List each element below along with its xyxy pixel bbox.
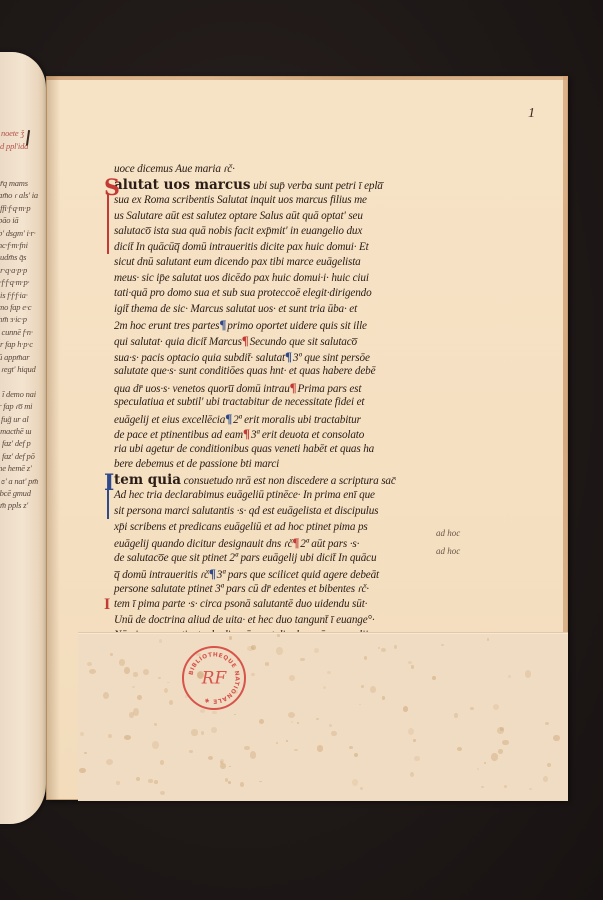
left-page-line: mc·f·m·fni (0, 240, 28, 250)
foxing-stain (329, 724, 333, 727)
foxing-stain (229, 766, 231, 768)
foxing-stain (493, 704, 500, 710)
line-text: sicut dnū salutant eum dicendo pax tibi … (114, 256, 361, 268)
line-text-after-mark: Prima pars est (298, 383, 362, 395)
foxing-stain (244, 746, 250, 751)
parchment-repair-patch (78, 632, 568, 801)
left-page-line: s noete ǯ (0, 128, 24, 138)
foxing-stain (411, 665, 414, 669)
manuscript-line: qua dr̄ uos·s· venetos quoru̅ domū intra… (114, 380, 464, 396)
foxing-stain (491, 753, 498, 762)
foxing-stain (352, 779, 358, 786)
foxing-stain (79, 768, 85, 773)
manuscript-line: Item quia consuetudo nrā est non discede… (114, 473, 464, 489)
line-text: Unū de doctrina aliud de uita· et hec du… (114, 614, 375, 626)
manuscript-line: Item ī pima parte ·s· circa psonā saluta… (114, 597, 464, 613)
foxing-stain (432, 676, 436, 680)
left-page-line: tr fap ɾo̅ mi (0, 401, 32, 411)
decorated-initial: I (104, 472, 114, 494)
foxing-stain (288, 712, 295, 718)
manuscript-line: us Salutare aūt est salutez optare Salus… (114, 209, 464, 225)
foxing-stain (317, 745, 323, 751)
foxing-stain (110, 653, 113, 656)
foxing-stain (201, 731, 204, 735)
foxing-stain (89, 669, 96, 674)
foxing-stain (80, 732, 84, 736)
paragraph-mark-icon: ¶ (243, 426, 250, 442)
line-text: 2m hoc erunt tres partes (114, 320, 219, 332)
line-text: euāgelij quando dicitur designauit dns ɾ… (114, 538, 292, 550)
folio-top-edge (46, 76, 568, 80)
foxing-stain (294, 749, 297, 751)
line-text: q̅ domū intraueritis ɾč (114, 569, 209, 581)
foxing-stain (276, 647, 283, 655)
left-page-line: imo fap e·c (0, 302, 31, 312)
line-text: sua·s· pacis optacio quia subdit̄· salut… (114, 352, 285, 364)
line-text: persone salutate ptinet 3ª pars cū dr̄ e… (114, 583, 369, 595)
foxing-stain (276, 742, 278, 744)
line-text: tati·quā pro domo sua et sub sua protecc… (114, 287, 372, 299)
foxing-stain (240, 782, 244, 787)
foxing-stain (211, 727, 217, 734)
foxing-stain (108, 734, 112, 738)
foxing-stain (124, 667, 129, 674)
foxing-stain (408, 661, 412, 664)
foxing-stain (169, 700, 173, 705)
left-page-line: n faz' def p (0, 438, 31, 448)
initial-flourish (107, 194, 109, 254)
foxing-stain (164, 688, 168, 693)
foxing-stain (525, 670, 532, 678)
foxing-stain (133, 708, 139, 716)
manuscript-line: sit persona marci salutantis ·s· qd est … (114, 504, 464, 520)
manuscript-line: tati·quā pro domo sua et sub sua protecc… (114, 286, 464, 302)
manuscript-line: meus· sic ip̄e salutat uos dicēdo pax hu… (114, 271, 464, 287)
foxing-stain (487, 638, 490, 641)
line-text-after-mark: Secundo que sit salutaco̅ (250, 336, 357, 348)
foxing-stain (413, 739, 416, 742)
foxing-stain (250, 751, 256, 758)
foxing-stain (529, 788, 532, 790)
manuscript-line: bere debemus et de passione bti marci (114, 457, 464, 473)
foxing-stain (381, 648, 386, 652)
foxing-stain (382, 696, 385, 700)
left-page-line: tam̄o ɾ als' ia (0, 190, 38, 200)
foxing-stain (132, 686, 135, 688)
line-text: us Salutare aūt est salutez optare Salus… (114, 210, 363, 222)
manuscript-line: 2m hoc erunt tres partes ¶primo oportet … (114, 317, 464, 333)
left-page-line: pis f·f·f·ia· (0, 290, 28, 300)
svg-text:RF: RF (201, 668, 228, 688)
initial-flourish (107, 489, 109, 519)
foxing-stain (277, 634, 280, 637)
left-page-line: r fug̃ ur al (0, 414, 29, 424)
line-text-after-mark: 2ª aūt pars ·s· (300, 538, 359, 550)
line-text: bere debemus et de passione bti marci (114, 458, 279, 470)
line-text: de salutaco̅e que sit ptinet 2ª pars euā… (114, 552, 376, 564)
manuscript-line: sua·s· pacis optacio quia subdit̄· salut… (114, 349, 464, 365)
line-text-after-mark: 3ª erit deuota et consolato (251, 429, 364, 441)
left-page-line: am̄ ppls z' (0, 500, 28, 510)
foxing-stain (259, 781, 261, 783)
left-page-line: f·r·q·a·p·p (0, 265, 27, 275)
paragraph-mark-icon: ¶ (209, 566, 216, 582)
left-page-line: r ɾegt' hiqud (0, 364, 36, 374)
foxing-stain (119, 659, 125, 666)
foxing-stain (87, 662, 92, 666)
line-text: xp̄i scribens et predicans euāgeliū et a… (114, 521, 368, 533)
manuscript-line: xp̄i scribens et predicans euāgeliū et a… (114, 520, 464, 536)
foxing-stain (497, 727, 504, 734)
manuscript-line: de salutaco̅e que sit ptinet 2ª pars euā… (114, 551, 464, 567)
foxing-stain (228, 781, 232, 784)
left-page-line: audm̄s q̄s (0, 252, 26, 262)
line-text: consuetudo nrā est non discedere a scrip… (181, 475, 396, 487)
manuscript-line: q̅ domū intraueritis ɾč ¶3ª pars que sci… (114, 566, 464, 582)
foxing-stain (314, 648, 319, 653)
foxing-stain (410, 772, 414, 777)
foxing-stain (349, 746, 353, 749)
line-text: euāgelij et eius excellēcia (114, 414, 225, 426)
incipit-words: alutat uos marcus (114, 177, 251, 193)
foxing-stain (378, 647, 381, 649)
foxing-stain (158, 677, 161, 679)
foxing-stain (370, 686, 376, 693)
foxing-stain (136, 777, 141, 781)
foxing-stain (414, 756, 420, 762)
line-text: sit persona marci salutantis ·s· qd est … (114, 505, 378, 517)
paragraph-mark-icon: ¶ (242, 333, 249, 349)
foxing-stain (297, 722, 299, 725)
line-text: salutaco̅ ista sua quā nobis facit exp̄m… (114, 225, 362, 237)
line-text: qua dr̄ uos·s· venetos quoru̅ domū intra… (114, 383, 290, 395)
foxing-stain (189, 750, 192, 753)
foxing-stain (300, 658, 305, 661)
left-page-line: iū appm̄ar (0, 352, 29, 362)
foxing-stain (360, 787, 363, 790)
marginal-note: ad hoc (436, 528, 460, 538)
foxing-stain (148, 779, 153, 784)
foxing-stain (364, 656, 367, 660)
foxing-stain (106, 759, 113, 765)
manuscript-line: euāgelij quando dicitur designauit dns ɾ… (114, 535, 464, 551)
foxing-stain (553, 735, 560, 742)
foxing-stain (152, 741, 159, 749)
foxing-stain (137, 695, 142, 700)
foxing-stain (470, 707, 474, 711)
paragraph-mark-icon: ¶ (219, 317, 226, 333)
line-text: tem ī pima parte ·s· circa psonā salutan… (114, 598, 367, 610)
left-page-line: ē cunnē f·n· (0, 327, 33, 337)
foxing-stain (84, 752, 86, 754)
foxing-stain (441, 644, 444, 646)
line-text: speculatiua et subtil' ubi tractabitur d… (114, 396, 364, 408)
foxing-stain (408, 728, 414, 735)
foxing-stain (259, 719, 264, 724)
stamp-seal-icon: BIBLIOTHEQUE NATIONALE ✱ RF (184, 648, 244, 708)
left-page-line: fhm̄ ɜ·ic·p (0, 314, 27, 324)
foxing-stain (545, 722, 549, 725)
paragraph-mark-icon: I (104, 597, 110, 613)
line-text: de pace et ptinentibus ad eam (114, 429, 243, 441)
marginal-note: ad hoc (436, 546, 460, 556)
manuscript-line: speculatiua et subtil' ubi tractabitur d… (114, 395, 464, 411)
left-page-line: f ffi·f·q·m·p (0, 203, 30, 213)
manuscript-line: sua ex Roma scribentis Salutat inquit uo… (114, 193, 464, 209)
foxing-stain (359, 704, 361, 706)
foxing-stain (454, 713, 458, 718)
manuscript-line: sicut dnū salutant eum dicendo pax tibi … (114, 255, 464, 271)
left-page-line: i macthē ɯ (0, 426, 31, 436)
manuscript-line: qui salutat· quia dicit̄ Marcus ¶Secundo… (114, 333, 464, 349)
left-page-line: n faz' def pō (0, 451, 35, 461)
library-stamp: BIBLIOTHEQUE NATIONALE ✱ RF (182, 646, 246, 710)
folio-number: 1 (528, 106, 535, 122)
manuscript-line: euāgelij et eius excellēcia ¶2ª erit mor… (114, 411, 464, 427)
line-text-after-mark: primo oportet uidere quis sit ille (227, 320, 367, 332)
foxing-stain (208, 756, 214, 760)
left-page-line: the hemē z' (0, 463, 32, 473)
paragraph-mark-icon: ¶ (285, 349, 292, 365)
foxing-stain (323, 686, 326, 689)
line-text: dicit̄ In quācūq̅ domū intraueritis dici… (114, 241, 369, 253)
foxing-stain (234, 714, 236, 716)
left-facing-page: ᶦs noete ǯad ppl'ida·ur̄q mamstam̄o ɾ al… (0, 52, 46, 824)
left-page-line: r ɞ' a nat' pm̄ (0, 476, 38, 486)
incipit-words: tem quia (114, 472, 181, 488)
gutter-shadow (46, 76, 60, 800)
left-page-line: fpāo iā (0, 215, 18, 225)
foxing-stain (103, 692, 109, 699)
foxing-stain (154, 780, 158, 783)
foxing-stain (457, 747, 462, 751)
manuscript-line: igit̄ thema de sic· Marcus salutat uos· … (114, 302, 464, 318)
foxing-stain (316, 718, 318, 720)
foxing-stain (354, 753, 358, 757)
foxing-stain (167, 682, 169, 684)
foxing-stain (502, 740, 509, 746)
foxing-stain (251, 673, 255, 676)
left-page-line: ad ppl'ida (0, 141, 28, 151)
foxing-stain (124, 735, 131, 740)
manuscript-line: Ad hec tria declarabimus euāgeliū ptinēc… (114, 488, 464, 504)
line-text: uoce dicemus Aue maria ɾč· (114, 163, 235, 175)
foxing-stain (361, 685, 364, 687)
foxing-stain (498, 749, 504, 754)
line-text: ubi sup̄ verba sunt petri ī epla̅ (251, 180, 383, 192)
line-text: salutate que·s· sunt conditiōes quas hnt… (114, 365, 375, 377)
paragraph-mark-icon: ¶ (290, 380, 297, 396)
manuscript-line: dicit̄ In quācūq̅ domū intraueritis dici… (114, 240, 464, 256)
manuscript-line: salutaco̅ ista sua quā nobis facit exp̄m… (114, 224, 464, 240)
foxing-stain (212, 711, 216, 714)
foxing-stain (291, 721, 293, 723)
foxing-stain (160, 791, 165, 796)
line-text: igit̄ thema de sic· Marcus salutat uos· … (114, 303, 357, 315)
manuscript-line: persone salutate ptinet 3ª pars cū dr̄ e… (114, 582, 464, 598)
foxing-stain (200, 709, 205, 713)
foxing-stain (331, 731, 337, 737)
manuscript-line: Unū de doctrina aliud de uita· et hec du… (114, 613, 464, 629)
foxing-stain (403, 706, 407, 712)
foxing-stain (484, 762, 487, 764)
line-text: ria ubi agetur de conditionibus quas ven… (114, 443, 374, 455)
text-block: uoce dicemus Aue maria ɾč·Salutat uos ma… (114, 162, 464, 691)
foxing-stain (247, 646, 254, 651)
paragraph-mark-icon: ¶ (225, 411, 232, 427)
left-page-line: u ī demo nai (0, 389, 36, 399)
line-text: Ad hec tria declarabimus euāgeliū ptinēc… (114, 489, 375, 501)
foxing-stain (477, 768, 479, 770)
line-text: qui salutat· quia dicit̄ Marcus (114, 336, 242, 348)
foxing-stain (116, 781, 120, 784)
left-page-line: cbcē gmud (0, 488, 31, 498)
left-page-line: ib' dsgm' i·r· (0, 228, 36, 238)
line-text: meus· sic ip̄e salutat uos dicēdo pax hu… (114, 272, 369, 284)
left-page-line: e·f·f·q·m·p· (0, 277, 29, 287)
manuscript-folio: 1 uoce dicemus Aue maria ɾč·Salutat uos … (46, 76, 568, 800)
manuscript-line: Salutat uos marcus ubi sup̄ verba sunt p… (114, 178, 464, 194)
foxing-stain (286, 740, 288, 742)
left-page-line: ur fap h·p·c (0, 339, 33, 349)
foxing-stain (327, 671, 331, 674)
foxing-stain (394, 645, 397, 649)
manuscript-line: salutate que·s· sunt conditiōes quas hnt… (114, 364, 464, 380)
paragraph-mark-icon: ¶ (292, 535, 299, 551)
foxing-stain (547, 763, 551, 766)
foxing-stain (229, 636, 232, 639)
foxing-stain (481, 786, 483, 789)
manuscript-line: de pace et ptinentibus ad eam ¶3ª erit d… (114, 426, 464, 442)
manuscript-line: ria ubi agetur de conditionibus quas ven… (114, 442, 464, 458)
line-text-after-mark: 3ª pars que scilicet quid agere debeāt (217, 569, 379, 581)
line-text: sua ex Roma scribentis Salutat inquit uo… (114, 194, 367, 206)
foxing-stain (159, 639, 162, 643)
foxing-stain (154, 723, 157, 727)
foxing-stain (508, 675, 511, 678)
foxing-stain (289, 675, 295, 681)
line-text-after-mark: 2ª erit moralis ubi tractabitur (233, 414, 361, 426)
foxing-stain (160, 760, 164, 765)
foxing-stain (220, 763, 226, 769)
foxing-stain (265, 662, 270, 665)
foxing-stain (143, 669, 149, 675)
foxing-stain (543, 776, 548, 782)
manuscript-line: uoce dicemus Aue maria ɾč· (114, 162, 464, 178)
foxing-stain (191, 729, 197, 735)
foxing-stain (133, 672, 137, 677)
foxing-stain (504, 785, 507, 788)
left-page-line: ur̄q mams (0, 178, 28, 188)
line-text-after-mark: 3º que sint persōe (293, 352, 370, 364)
